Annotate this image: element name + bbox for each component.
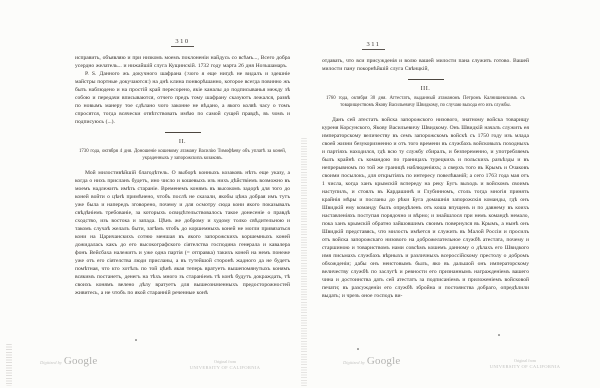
scan-speck	[357, 348, 359, 350]
paragraph-continuation: исправить, объявляю и при низкомъ моемъ …	[75, 54, 290, 70]
original-from-label: Original from	[484, 358, 566, 363]
bleed-through-ink	[6, 344, 12, 386]
institution-name: UNIVERSITY OF CALIFORNIA	[184, 365, 266, 371]
scan-speck	[135, 339, 137, 341]
google-watermark: Digitized by Google	[40, 356, 97, 367]
digitized-by-label: Digitized by	[40, 360, 62, 365]
provenance-stamp: Original from UNIVERSITY OF CALIFORNIA	[184, 359, 266, 371]
digitized-by-label: Digitized by	[343, 360, 365, 365]
text-column: 310 исправить, объявляю и при низкомъ мо…	[75, 30, 290, 297]
page-header: 310	[75, 30, 290, 48]
page-number: 310	[171, 38, 193, 47]
document-caption: 1760 года, октября 30 дня. Аттестатъ, вы…	[326, 96, 525, 110]
google-watermark: Digitized by Google	[343, 356, 400, 367]
section-divider	[165, 132, 201, 133]
institution-name: UNIVERSITY OF CALIFORNIA	[484, 364, 566, 370]
text-column: 311 отдавать, что вси присужденія и волю…	[322, 33, 529, 300]
bleed-through-ink	[301, 138, 307, 386]
scan-speck	[498, 334, 500, 336]
page-header: 311	[322, 33, 529, 51]
section-heading: III.	[322, 85, 529, 92]
section-heading: II.	[75, 138, 290, 145]
document-caption: 1730 года, октября 4 дня. Доношеніе коше…	[79, 149, 286, 163]
google-logo: Google	[64, 356, 98, 367]
book-scan: 310 исправить, объявляю и при низкомъ мо…	[0, 0, 600, 388]
document-body: Мой милостивѣйшій благодѣтель. О выборѣ …	[75, 169, 290, 297]
provenance-stamp: Original from UNIVERSITY OF CALIFORNIA	[484, 358, 566, 370]
page-310: 310 исправить, объявляю и при низкомъ мо…	[0, 0, 300, 388]
document-body: Данъ сей атестатъ войска запорожского ни…	[322, 116, 529, 300]
google-logo: Google	[367, 356, 401, 367]
section-divider	[408, 79, 444, 80]
page-number: 311	[362, 41, 384, 50]
original-from-label: Original from	[184, 359, 266, 364]
paragraph-postscript: Р. S. Данного жъ докучного шафрана (:чог…	[75, 70, 290, 126]
page-311: 311 отдавать, что вси присужденія и волю…	[300, 0, 600, 388]
paragraph-continuation: отдавать, что вси присужденія и волю ваш…	[322, 57, 529, 73]
